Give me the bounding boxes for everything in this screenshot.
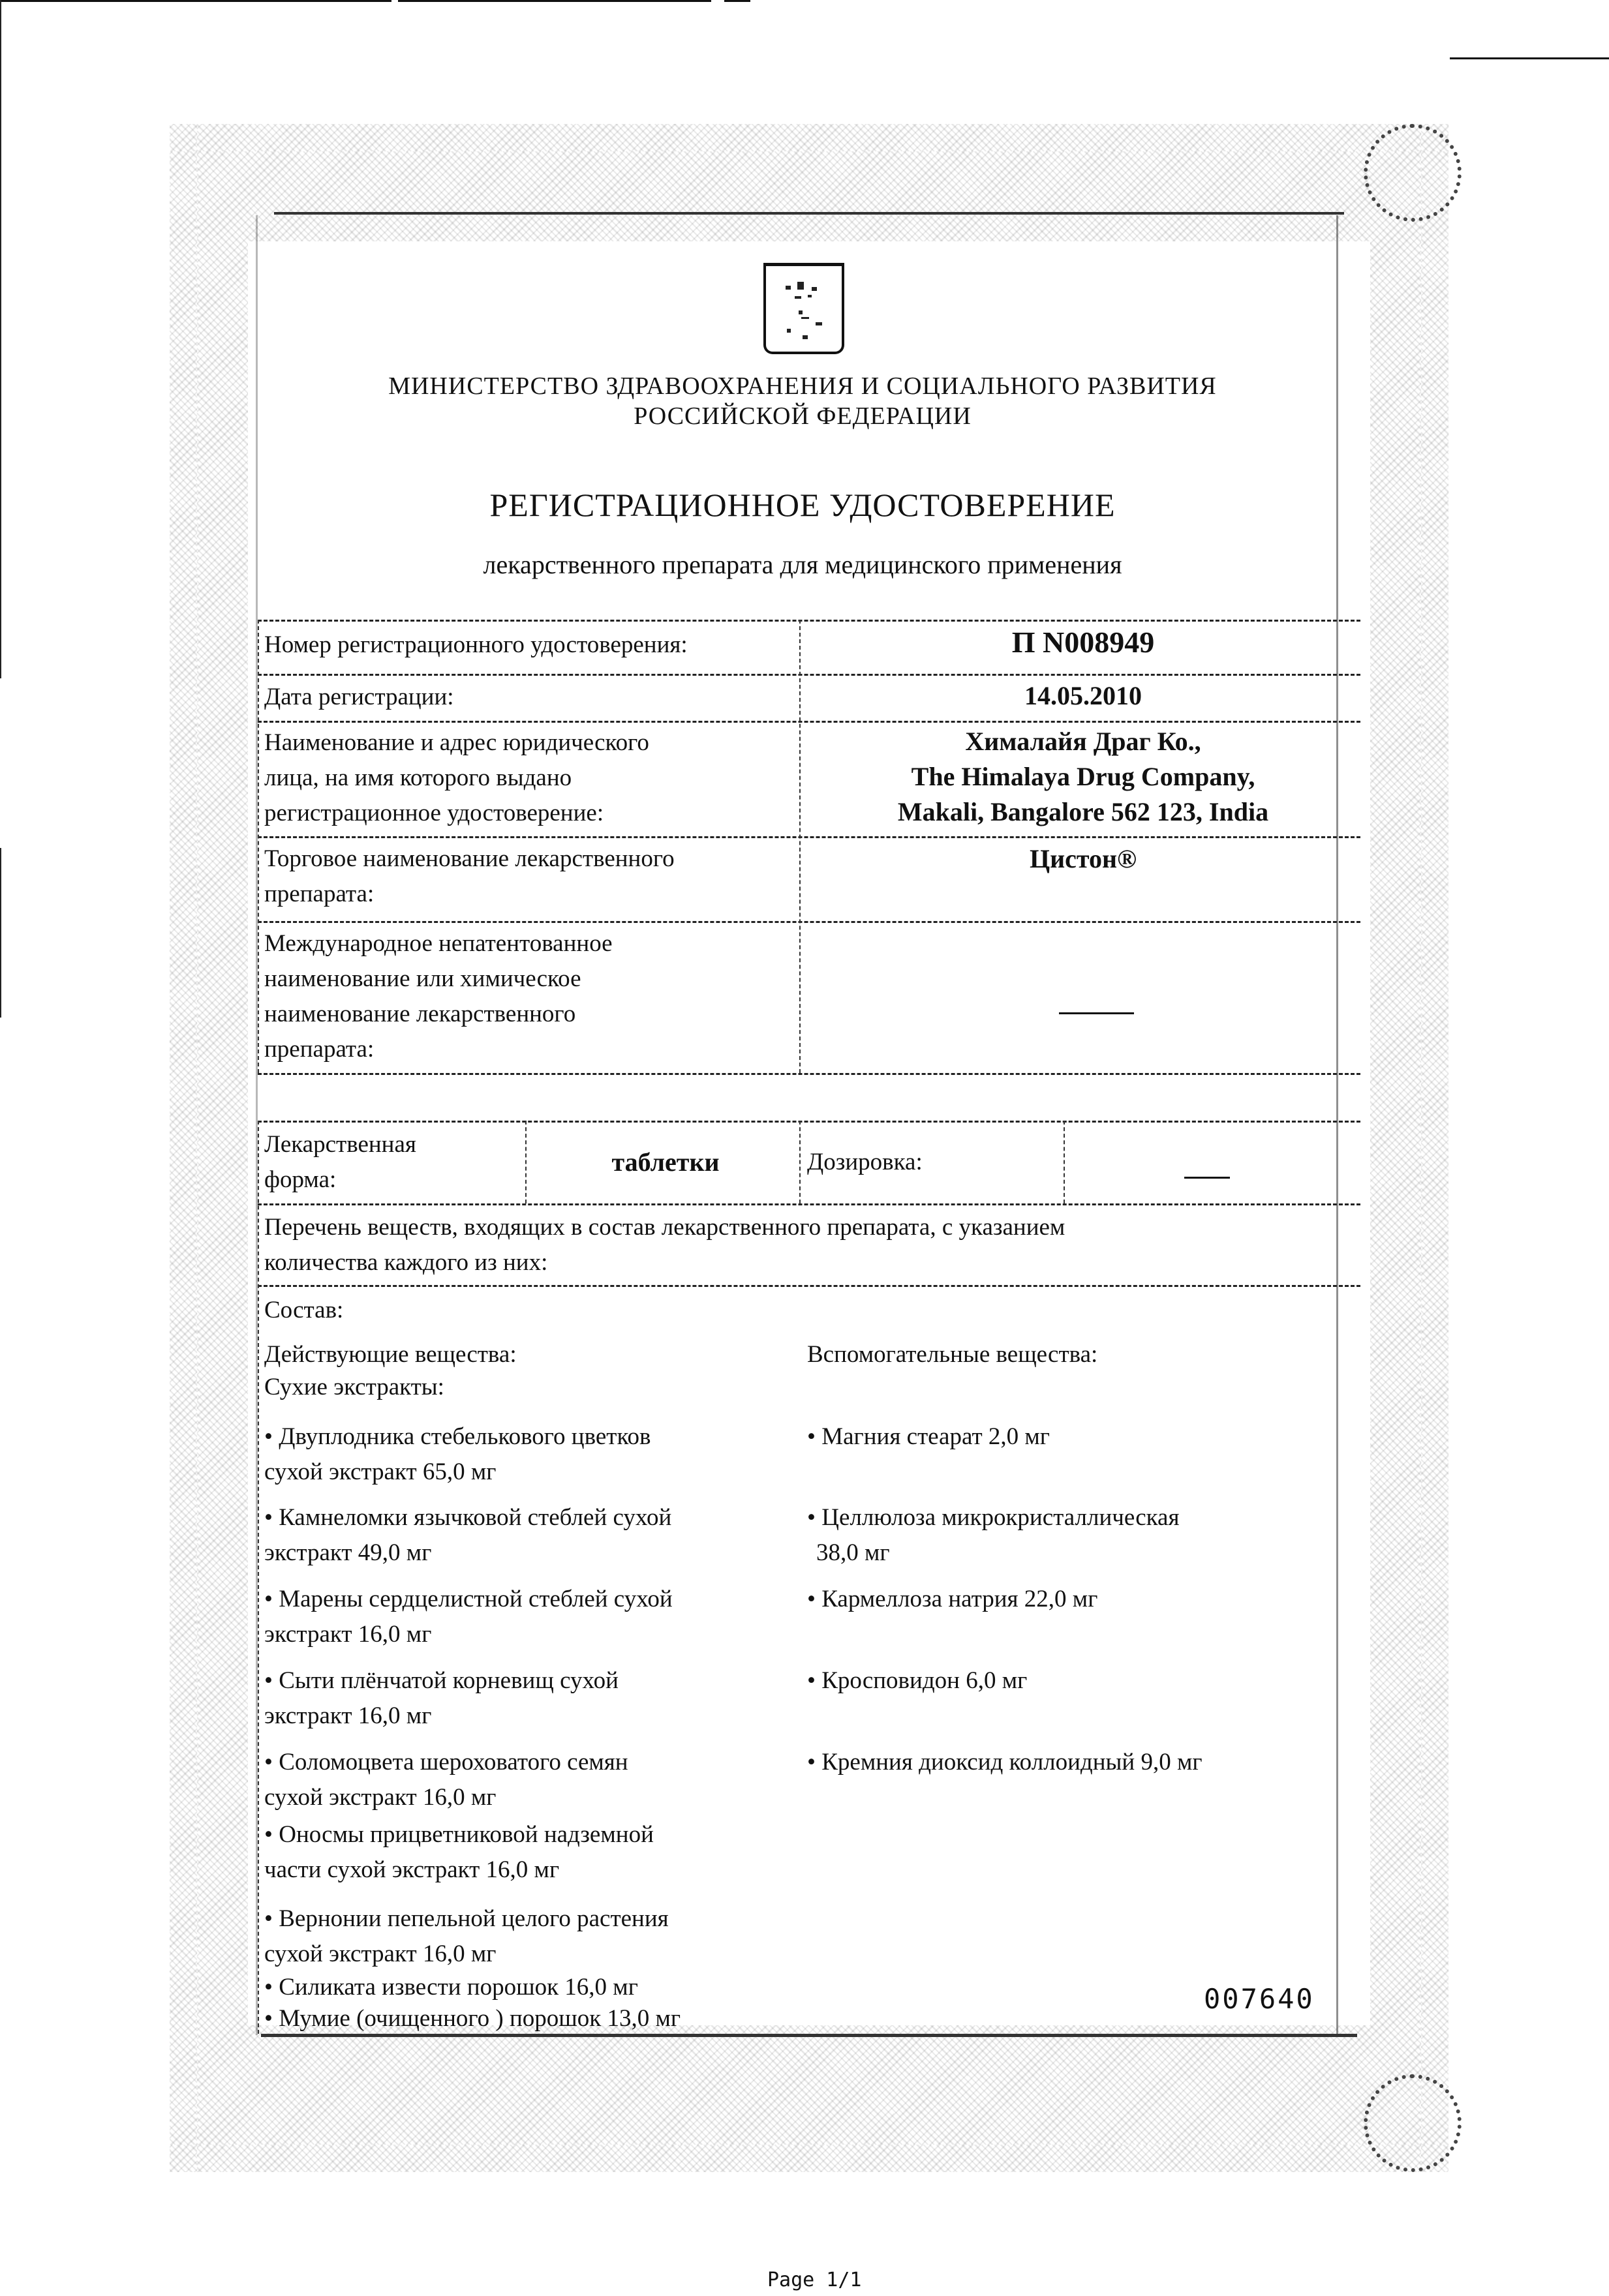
ingredient-line: сухой экстракт 65,0 мг: [264, 1455, 651, 1490]
holder-value-line: The Himalaya Drug Company,: [806, 759, 1360, 794]
corner-rosette-icon: [1364, 124, 1462, 222]
excipient-line: Кросповидон 6,0 мг: [807, 1663, 1027, 1699]
holder-value-line: Makali, Bangalore 562 123, India: [806, 794, 1360, 830]
table-divider: [258, 1073, 1360, 1075]
ingredient-line: Силиката извести порошок 16,0 мг: [264, 1970, 638, 2005]
ingredient-line: Сыти плёнчатой корневищ сухой: [264, 1663, 619, 1699]
ingredient-line: экстракт 16,0 мг: [264, 1617, 673, 1652]
dosage-form-label: Лекарственная форма:: [264, 1127, 416, 1198]
border-line: [274, 212, 1344, 215]
scan-edge-line: [0, 0, 391, 2]
holder-value-line: Хималайя Драг Ко.,: [806, 724, 1360, 759]
holder-label-line: лица, на имя которого выдано: [264, 761, 649, 796]
excipient-item: Магния стеарат 2,0 мг: [807, 1419, 1050, 1455]
active-substances-header: Действующие вещества:: [264, 1337, 517, 1372]
table-divider: [258, 1285, 1360, 1287]
table-divider: [258, 721, 1360, 723]
reg-date-label: Дата регистрации:: [264, 680, 454, 715]
ingredient-line: части сухой экстракт 16,0 мг: [264, 1852, 654, 1888]
table-divider: [258, 1203, 1360, 1205]
ingredient-line: Соломоцвета шероховатого семян: [264, 1745, 628, 1780]
excipients-header: Вспомогательные вещества:: [807, 1337, 1097, 1372]
ingredient-line: Мумие (очищенного ) порошок 13,0 мг: [264, 2001, 681, 2036]
reg-number-label: Номер регистрационного удостоверения:: [264, 627, 688, 663]
dosage-form-label-line: форма:: [264, 1162, 416, 1198]
table-divider: [258, 836, 1360, 838]
inn-label-line: Международное непатентованное: [264, 926, 613, 961]
active-ingredient-item: Вернонии пепельной целого растения сухой…: [264, 1901, 669, 1972]
inn-label: Международное непатентованное наименован…: [264, 926, 613, 1067]
ministry-name-line1: МИНИСТЕРСТВО ЗДРАВООХРАНЕНИЯ И СОЦИАЛЬНО…: [313, 372, 1292, 400]
border-line: [1336, 215, 1338, 2035]
dosage-empty-value: [1184, 1177, 1230, 1179]
trade-name-value: Цистон®: [806, 841, 1360, 877]
scan-edge-line: [724, 0, 750, 2]
reg-date-value: 14.05.2010: [806, 678, 1360, 714]
active-ingredient-item: Двуплодника стебелькового цветков сухой …: [264, 1419, 651, 1490]
scan-edge-line: [0, 0, 1, 678]
active-ingredient-item: Мумие (очищенного ) порошок 13,0 мг: [264, 2001, 681, 2036]
inn-label-line: наименование лекарственного: [264, 997, 613, 1032]
ingredient-line: экстракт 16,0 мг: [264, 1699, 619, 1734]
ingredient-line: сухой экстракт 16,0 мг: [264, 1780, 628, 1815]
coat-of-arms-icon: [763, 263, 844, 354]
excipient-item: Кросповидон 6,0 мг: [807, 1663, 1027, 1699]
substances-intro-line: количества каждого из них:: [264, 1245, 1065, 1280]
substances-intro-line: Перечень веществ, входящих в состав лека…: [264, 1210, 1065, 1245]
inn-label-line: препарата:: [264, 1032, 613, 1067]
holder-label-line: Наименование и адрес юридического: [264, 725, 649, 761]
table-border-left: [258, 620, 259, 1073]
table-divider: [258, 620, 1360, 622]
holder-value: Хималайя Драг Ко., The Himalaya Drug Com…: [806, 724, 1360, 830]
corner-rosette-icon: [1364, 2074, 1462, 2172]
document-subtitle: лекарственного препарата для медицинског…: [313, 549, 1292, 580]
ingredient-line: Марены сердцелистной стеблей сухой: [264, 1582, 673, 1617]
table-divider: [258, 674, 1360, 676]
table-divider: [258, 921, 1360, 923]
ingredient-line: сухой экстракт 16,0 мг: [264, 1937, 669, 1972]
excipient-line: Магния стеарат 2,0 мг: [807, 1419, 1050, 1455]
trade-name-label-line: Торговое наименование лекарственного: [264, 841, 675, 877]
trade-name-label-line: препарата:: [264, 877, 675, 912]
scan-edge-line: [1450, 57, 1609, 59]
holder-label: Наименование и адрес юридического лица, …: [264, 725, 649, 831]
dosage-form-value: таблетки: [532, 1145, 799, 1180]
excipient-item: Кармеллоза натрия 22,0 мг: [807, 1582, 1097, 1617]
active-ingredient-item: Марены сердцелистной стеблей сухой экстр…: [264, 1582, 673, 1652]
active-ingredient-item: Силиката извести порошок 16,0 мг: [264, 1970, 638, 2005]
ministry-name-line2: РОССИЙСКОЙ ФЕДЕРАЦИИ: [313, 402, 1292, 430]
ingredient-line: Двуплодника стебелькового цветков: [264, 1419, 651, 1455]
dry-extracts-subheader: Сухие экстракты:: [264, 1370, 444, 1405]
excipient-line: Кремния диоксид коллоидный 9,0 мг: [807, 1745, 1203, 1780]
ingredient-line: Камнеломки язычковой стеблей сухой: [264, 1500, 671, 1535]
table-column-divider: [799, 1121, 801, 1203]
serial-number: 007640: [1204, 1983, 1315, 2015]
dosage-form-label-line: Лекарственная: [264, 1127, 416, 1162]
reg-number-value: П N008949: [806, 625, 1360, 660]
active-ingredient-item: Камнеломки язычковой стеблей сухой экстр…: [264, 1500, 671, 1571]
composition-title: Состав:: [264, 1293, 343, 1328]
trade-name-label: Торговое наименование лекарственного пре…: [264, 841, 675, 912]
table-column-divider: [1064, 1121, 1065, 1203]
table-column-divider: [525, 1121, 527, 1203]
ingredient-line: Оносмы прицветниковой надземной: [264, 1817, 654, 1852]
ingredient-line: Вернонии пепельной целого растения: [264, 1901, 669, 1937]
active-ingredient-item: Оносмы прицветниковой надземной части су…: [264, 1817, 654, 1888]
inn-empty-value: [1059, 1012, 1134, 1014]
excipient-line: 38,0 мг: [807, 1535, 1179, 1571]
ingredient-line: экстракт 49,0 мг: [264, 1535, 671, 1571]
excipient-item: Целлюлоза микрокристаллическая 38,0 мг: [807, 1500, 1179, 1571]
document-title: РЕГИСТРАЦИОННОЕ УДОСТОВЕРЕНИЕ: [313, 486, 1292, 524]
scan-edge-line: [398, 0, 711, 2]
table-border-left: [258, 1121, 259, 2034]
active-ingredient-item: Соломоцвета шероховатого семян сухой экс…: [264, 1745, 628, 1815]
scan-edge-line: [0, 848, 1, 1018]
dosage-label: Дозировка:: [807, 1145, 923, 1180]
excipient-line: Кармеллоза натрия 22,0 мг: [807, 1582, 1097, 1617]
excipient-line: Целлюлоза микрокристаллическая: [807, 1500, 1179, 1535]
holder-label-line: регистрационное удостоверение:: [264, 796, 649, 831]
page-number: Page 1/1: [767, 2269, 862, 2291]
excipient-item: Кремния диоксид коллоидный 9,0 мг: [807, 1745, 1203, 1780]
substances-intro: Перечень веществ, входящих в состав лека…: [264, 1210, 1065, 1280]
active-ingredient-item: Сыти плёнчатой корневищ сухой экстракт 1…: [264, 1663, 619, 1734]
inn-label-line: наименование или химическое: [264, 961, 613, 997]
table-column-divider: [799, 620, 801, 1073]
table-divider: [258, 1121, 1360, 1123]
